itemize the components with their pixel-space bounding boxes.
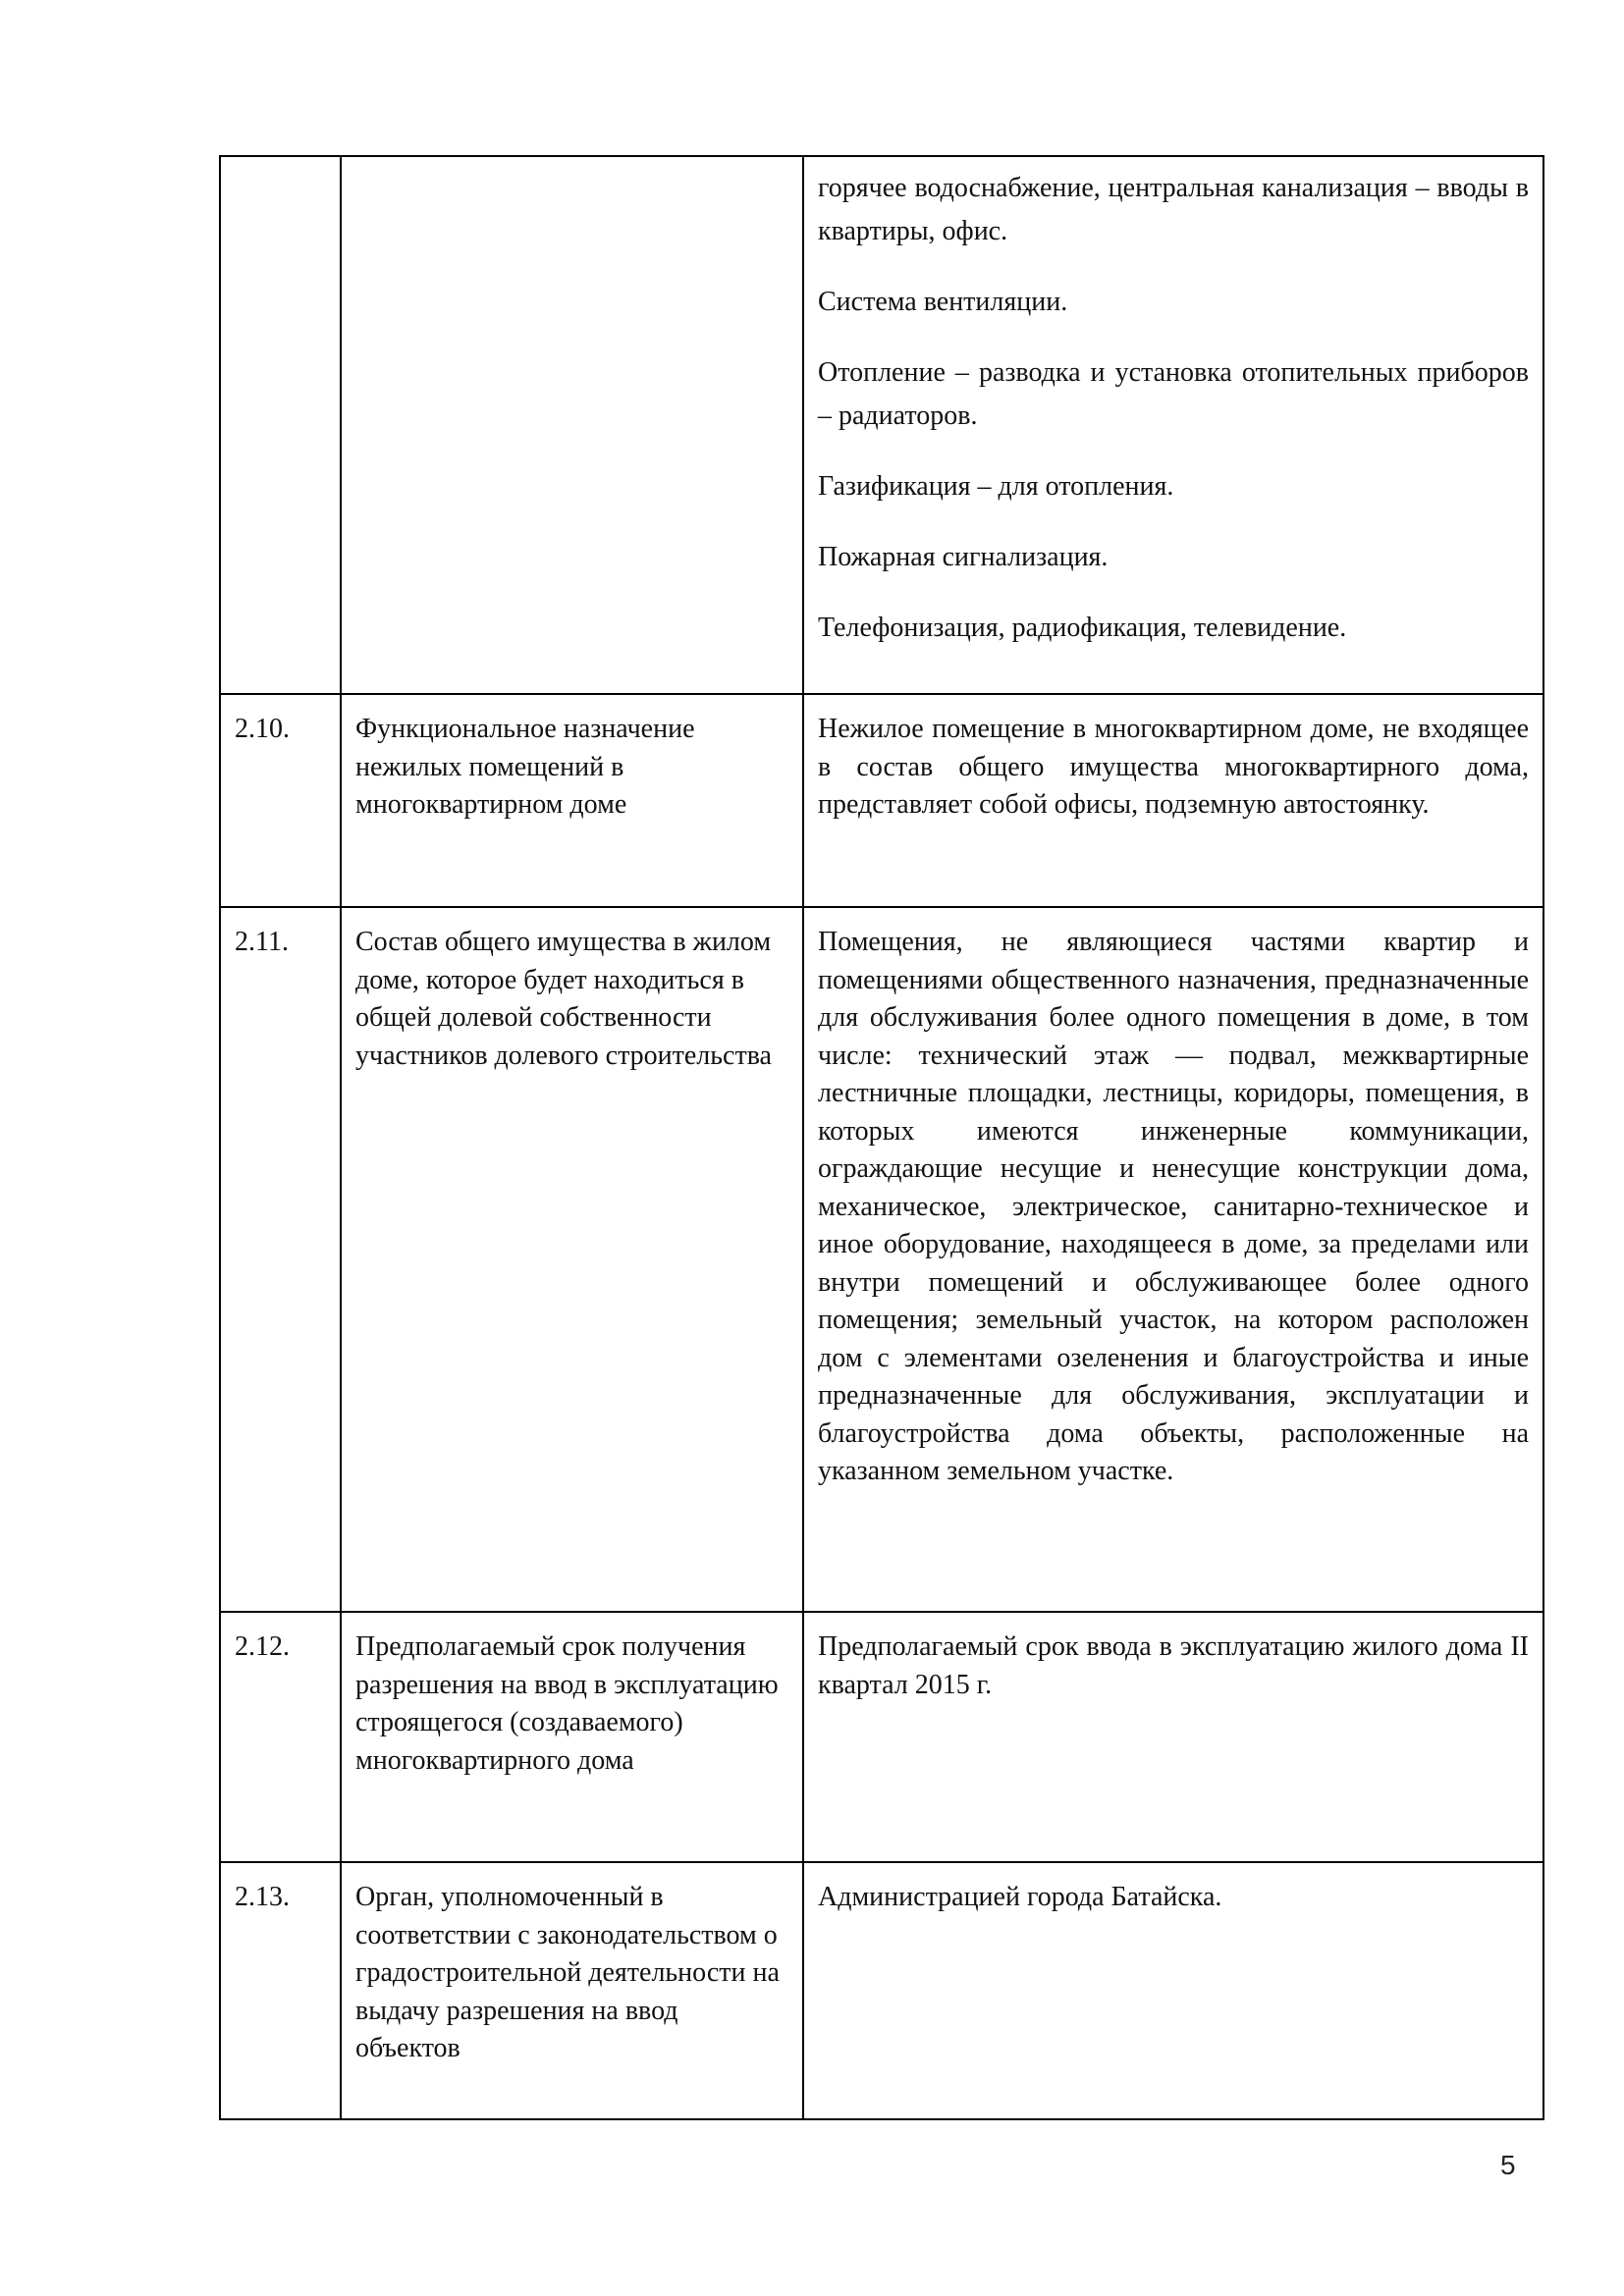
row-number: 2.11.: [220, 907, 341, 1612]
value-paragraph: Система вентиляции.: [818, 281, 1529, 324]
row-value: Помещения, не являющиеся частями квартир…: [803, 907, 1543, 1612]
row-number: 2.12.: [220, 1612, 341, 1862]
row-title: [341, 156, 803, 694]
table-row: 2.12. Предполагаемый срок получения разр…: [220, 1612, 1543, 1862]
value-paragraph: Пожарная сигнализация.: [818, 536, 1529, 579]
row-number: 2.13.: [220, 1862, 341, 2119]
value-paragraph: Помещения, не являющиеся частями квартир…: [818, 924, 1529, 1491]
value-paragraph: Отопление – разводка и установка отопите…: [818, 351, 1529, 438]
value-paragraph: Газификация – для отопления.: [818, 465, 1529, 508]
page-number: 5: [1500, 2150, 1516, 2181]
row-value: Предполагаемый срок ввода в эксплуатацию…: [803, 1612, 1543, 1862]
row-number: 2.10.: [220, 694, 341, 907]
row-value: горячее водоснабжение, центральная канал…: [803, 156, 1543, 694]
row-value: Нежилое помещение в многоквартирном доме…: [803, 694, 1543, 907]
row-value: Администрацией города Батайска.: [803, 1862, 1543, 2119]
table-row: 2.11. Состав общего имущества в жилом до…: [220, 907, 1543, 1612]
value-paragraph: Телефонизация, радиофикация, телевидение…: [818, 607, 1529, 650]
document-table: горячее водоснабжение, центральная канал…: [219, 155, 1544, 2120]
value-paragraph: Предполагаемый срок ввода в эксплуатацию…: [818, 1629, 1529, 1704]
row-title: Орган, уполномоченный в соответствии с з…: [341, 1862, 803, 2119]
row-title: Функциональное назначение нежилых помеще…: [341, 694, 803, 907]
row-title: Предполагаемый срок получения разрешения…: [341, 1612, 803, 1862]
value-paragraph: Администрацией города Батайска.: [818, 1879, 1529, 1917]
table-row: 2.10. Функциональное назначение нежилых …: [220, 694, 1543, 907]
row-title: Состав общего имущества в жилом доме, ко…: [341, 907, 803, 1612]
table-row: 2.13. Орган, уполномоченный в соответств…: [220, 1862, 1543, 2119]
value-paragraph: горячее водоснабжение, центральная канал…: [818, 167, 1529, 253]
row-number: [220, 156, 341, 694]
table-row: горячее водоснабжение, центральная канал…: [220, 156, 1543, 694]
value-paragraph: Нежилое помещение в многоквартирном доме…: [818, 711, 1529, 825]
